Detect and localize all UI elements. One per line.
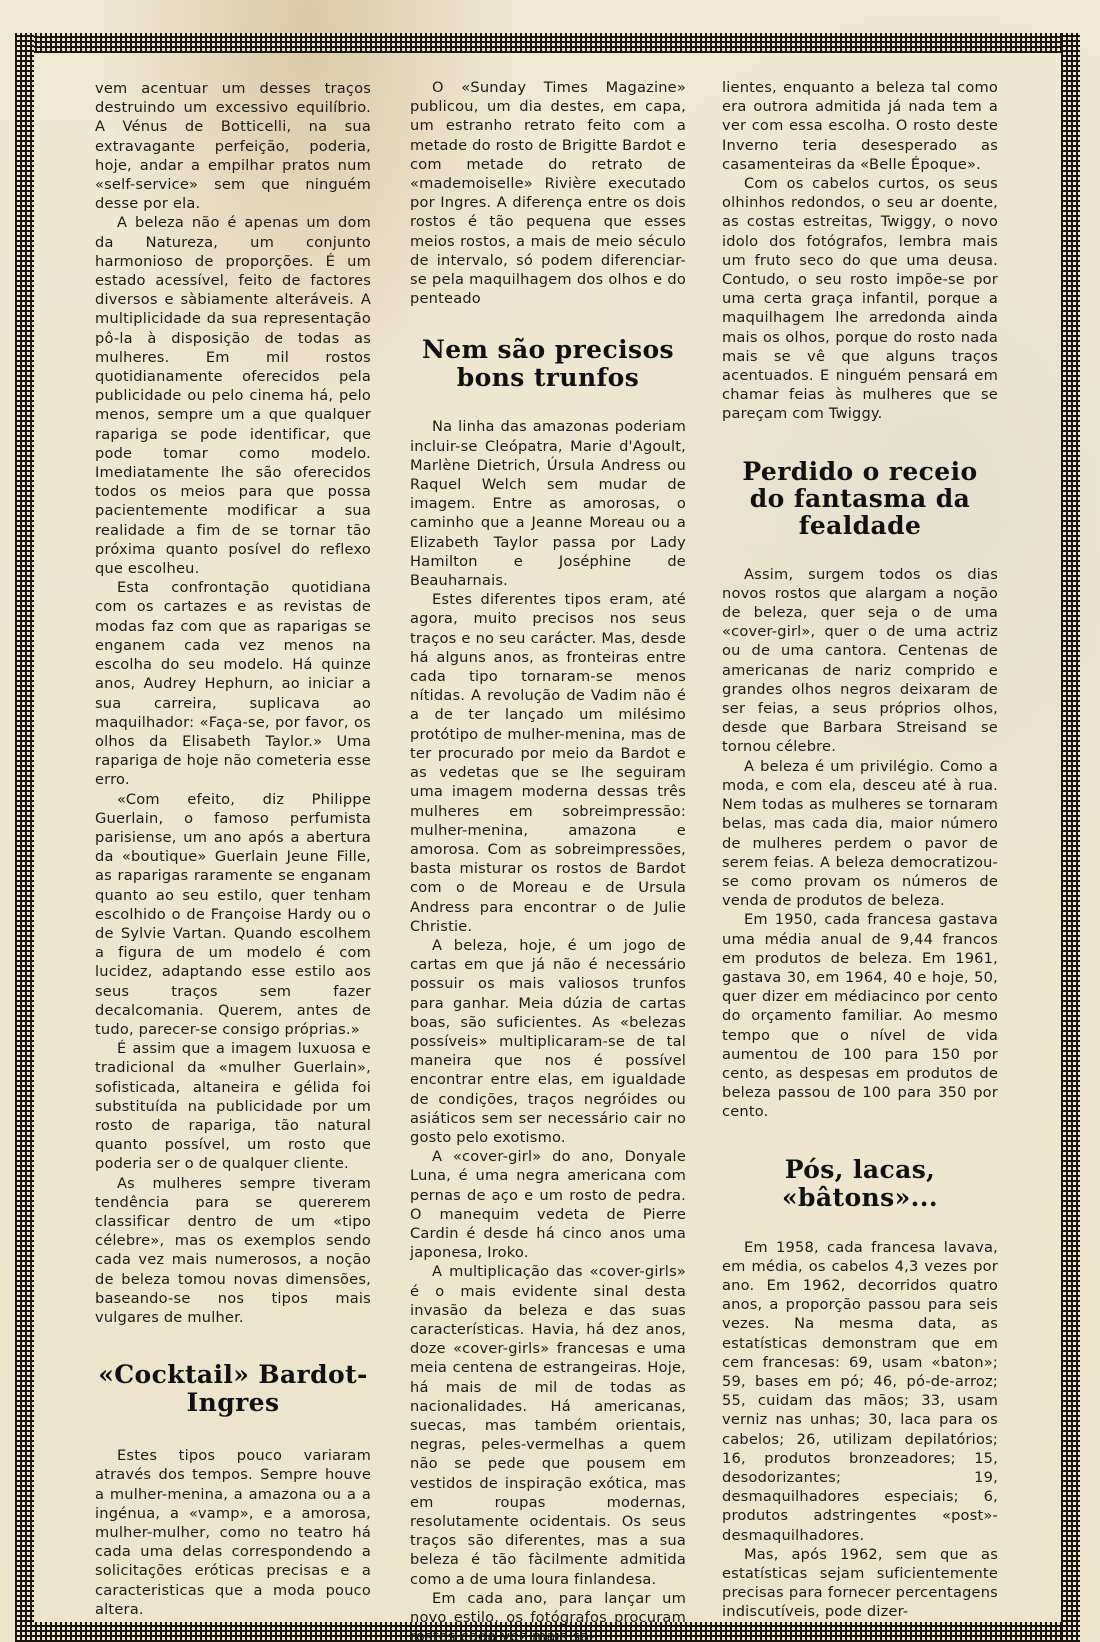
paragraph: Assim, surgem todos os dias novos rostos… xyxy=(722,565,998,757)
magazine-page: vem acentuar um desses traços destruindo… xyxy=(15,33,1080,1642)
text-column-1: vem acentuar um desses traços destruindo… xyxy=(95,79,371,1619)
paragraph: Mas, após 1962, sem que as estatísticas … xyxy=(722,1545,998,1622)
section-headline-trunfos: Nem são precisos bons trunfos xyxy=(410,336,686,392)
paragraph: Com os cabelos curtos, os seus olhinhos … xyxy=(722,174,998,424)
text-column-3: lientes, enquanto a beleza tal como era … xyxy=(722,78,998,1622)
paragraph: Estes diferentes tipos eram, até agora, … xyxy=(410,590,686,936)
paragraph: A beleza é um privilégio. Como a moda, e… xyxy=(722,757,998,911)
paragraph: As mulheres sempre tiveram tendência par… xyxy=(95,1174,371,1328)
paragraph: O «Sunday Times Magazine» publicou, um d… xyxy=(410,78,686,308)
section-headline-cocktail: «Cocktail» Bardot-Ingres xyxy=(95,1361,371,1417)
paragraph: A beleza não é apenas um dom da Natureza… xyxy=(95,213,371,578)
paragraph: lientes, enquanto a beleza tal como era … xyxy=(722,78,998,174)
paragraph: «Com efeito, diz Philippe Guerlain, o fa… xyxy=(95,790,371,1040)
paragraph: A multiplicação das «cover-girls» é o ma… xyxy=(410,1262,686,1588)
paragraph: vem acentuar um desses traços destruindo… xyxy=(95,79,371,213)
text-column-2: O «Sunday Times Magazine» publicou, um d… xyxy=(410,78,686,1642)
paragraph: A «cover-girl» do ano, Donyale Luna, é u… xyxy=(410,1147,686,1262)
checkered-border-right xyxy=(1061,33,1080,1642)
paragraph: Esta confrontação quotidiana com os cart… xyxy=(95,578,371,789)
paragraph: Na linha das amazonas poderiam incluir-s… xyxy=(410,417,686,590)
paragraph: Em 1958, cada francesa lavava, em média,… xyxy=(722,1238,998,1545)
checkered-border-top xyxy=(15,33,1080,53)
paragraph: Em cada ano, para lançar um novo estilo,… xyxy=(410,1589,686,1642)
checkered-border-left xyxy=(15,33,34,1642)
paragraph: Em 1950, cada francesa gastava uma média… xyxy=(722,910,998,1121)
section-headline-batons: Pós, lacas, «bâtons»... xyxy=(722,1156,998,1212)
section-headline-fealdade: Perdido o receio do fantasma da fealdade xyxy=(722,458,998,539)
paragraph: É assim que a imagem luxuosa e tradicion… xyxy=(95,1039,371,1173)
paragraph: A beleza, hoje, é um jogo de cartas em q… xyxy=(410,936,686,1147)
paragraph: Estes tipos pouco variaram através dos t… xyxy=(95,1446,371,1619)
